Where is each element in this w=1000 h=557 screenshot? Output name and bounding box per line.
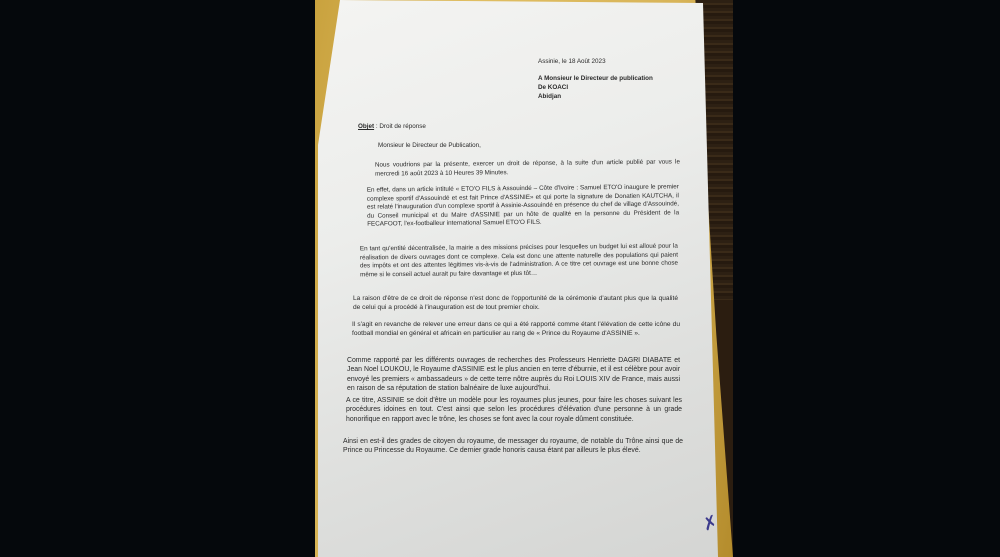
subject-label: Objet: [358, 123, 374, 130]
salutation: Monsieur le Directeur de Publication,: [378, 142, 481, 151]
recipient-block: A Monsieur le Directeur de publication D…: [538, 75, 653, 92]
paragraph-6: Comme rapporté par les différents ouvrag…: [347, 356, 680, 394]
recipient-city: Abidjan: [538, 93, 561, 102]
paragraph-7: A ce titre, ASSINIE se doit d'être un mo…: [346, 396, 682, 424]
subject-text: : Droit de réponse: [374, 123, 426, 130]
paragraph-5: Il s'agit en revanche de relever une err…: [352, 320, 680, 338]
letter-document: Assinie, le 18 Août 2023 A Monsieur le D…: [315, 0, 733, 557]
letter-photo: Assinie, le 18 Août 2023 A Monsieur le D…: [315, 0, 733, 557]
recipient-line-2: De KOACI: [538, 84, 653, 93]
paragraph-8: Ainsi en est-il des grades de citoyen du…: [343, 437, 683, 456]
recipient-line-1: A Monsieur le Directeur de publication: [538, 75, 653, 84]
paragraph-4: La raison d'être de ce droit de réponse …: [353, 294, 678, 312]
paragraph-1: Nous voudrions par la présente, exercer …: [375, 158, 680, 178]
signature-mark-icon: ✗: [702, 518, 719, 531]
place-date: Assinie, le 18 Août 2023: [538, 58, 606, 67]
paragraph-3: En tant qu'entité décentralisée, la mair…: [360, 243, 678, 280]
subject-line: Objet : Droit de réponse: [358, 123, 426, 132]
paragraph-2: En effet, dans un article intitulé « ETO…: [367, 183, 679, 229]
